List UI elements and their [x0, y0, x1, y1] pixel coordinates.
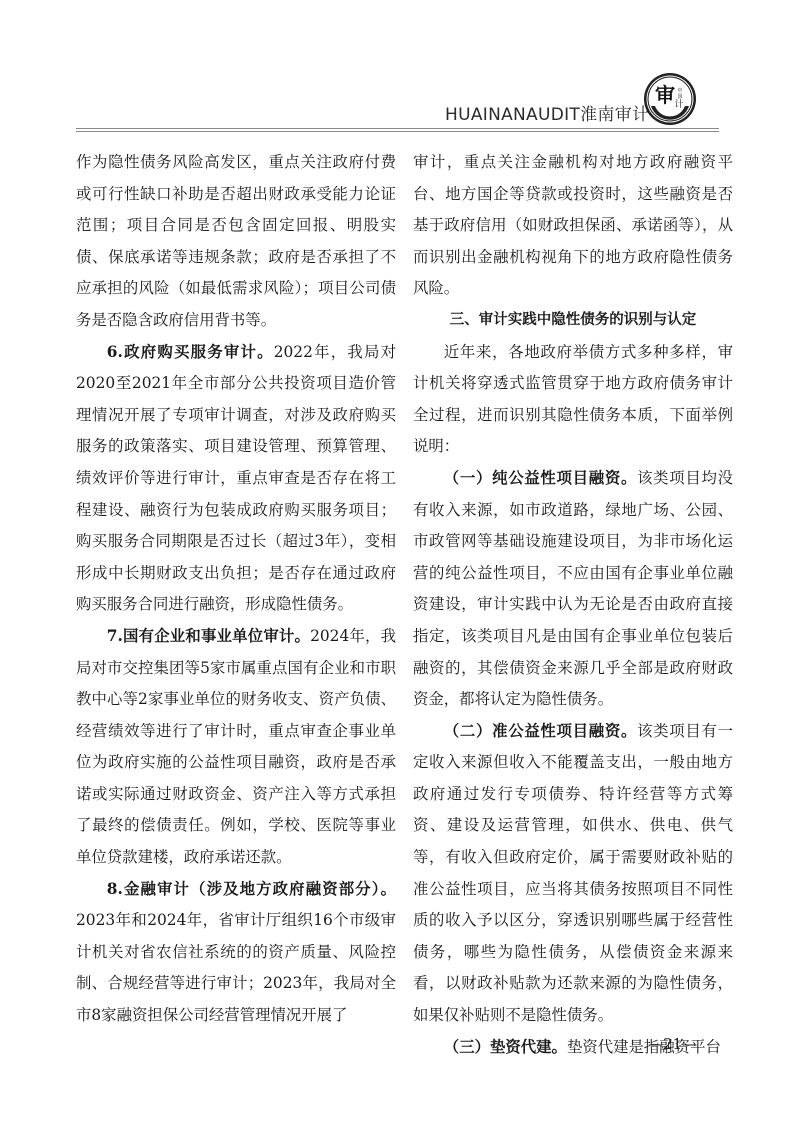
svg-text:审: 审 — [655, 83, 675, 107]
paragraph-heading: （三）垫资代建。 — [444, 1038, 567, 1056]
page-number: —21— — [648, 1035, 697, 1053]
svg-text:国: 国 — [677, 93, 682, 100]
paragraph-heading: 8.金融审计（涉及地方政府融资部分）。 — [107, 880, 396, 898]
paragraph-soe-audit: 7.国有企业和事业单位审计。2024年，我局对市交控集团等5家市属重点国有企业和… — [76, 621, 396, 874]
paragraph-pure-public-welfare: （一）纯公益性项目融资。该类项目均没有收入来源，如市政道路，绿地广场、公园、市政… — [413, 463, 733, 716]
left-column: 作为隐性债务风险高发区，重点关注政府付费或可行性缺口补助是否超出财政承受能力论证… — [76, 147, 396, 1032]
svg-text:计: 计 — [674, 98, 683, 110]
header-rule-divider — [76, 128, 719, 132]
journal-header-title: HUAINANAUDIT淮南审计 — [445, 100, 649, 125]
paragraph-government-purchase-audit: 6.政府购买服务审计。2022年，我局对2020至2021年全市部分公共投资项目… — [76, 337, 396, 621]
paragraph-heading: 6.政府购买服务审计。 — [107, 343, 274, 361]
paragraph-text: 该类项目均没有收入来源，如市政道路，绿地广场、公园、市政管网等基础设施建设项目，… — [413, 469, 733, 708]
paragraph-heading: 7.国有企业和事业单位审计。 — [107, 627, 310, 645]
paragraph-quasi-public-welfare: （二）准公益性项目融资。该类项目有一定收入来源但收入不能覆盖支出，一般由地方政府… — [413, 716, 733, 1032]
paragraph-text: 审计，重点关注金融机构对地方政府融资平台、地方国企等贷款或投资时，这些融资是否基… — [413, 153, 733, 297]
paragraph-text: 该类项目有一定收入来源但收入不能覆盖支出，一般由地方政府通过发行专项债券、特许经… — [413, 722, 733, 1024]
paragraph-text: 垫资代建是指融资平台 — [567, 1038, 721, 1056]
paragraph-pfi-risks: 作为隐性债务风险高发区，重点关注政府付费或可行性缺口补助是否超出财政承受能力论证… — [76, 147, 396, 337]
paragraph-financial-audit-cont: 审计，重点关注金融机构对地方政府融资平台、地方国企等贷款或投资时，这些融资是否基… — [413, 147, 733, 305]
paragraph-heading: （二）准公益性项目融资。 — [444, 722, 637, 740]
section-heading: 三、审计实践中隐性债务的识别与认定 — [413, 305, 733, 337]
paragraph-text: 近年来，各地政府举债方式多种多样，审计机关将穿透式监管贯穿于地方政府债务审计全过… — [413, 343, 733, 456]
paragraph-text: 2023年和2024年，省审计厅组织16个市级审计机关对省农信社系统的的资产质量… — [76, 911, 396, 1024]
paragraph-text: 2022年，我局对2020至2021年全市部分公共投资项目造价管理情况开展了专项… — [76, 343, 396, 614]
audit-seal-logo-icon: 审 中 国 计 — [643, 72, 697, 126]
paragraph-text: 作为隐性债务风险高发区，重点关注政府付费或可行性缺口补助是否超出财政承受能力论证… — [76, 153, 396, 329]
paragraph-financial-audit: 8.金融审计（涉及地方政府融资部分）。2023年和2024年，省审计厅组织16个… — [76, 874, 396, 1032]
right-column: 审计，重点关注金融机构对地方政府融资平台、地方国企等贷款或投资时，这些融资是否基… — [413, 147, 733, 1063]
paragraph-text: 2024年，我局对市交控集团等5家市属重点国有企业和市职教中心等2家事业单位的财… — [76, 627, 396, 866]
paragraph-intro: 近年来，各地政府举债方式多种多样，审计机关将穿透式监管贯穿于地方政府债务审计全过… — [413, 337, 733, 463]
paragraph-heading: （一）纯公益性项目融资。 — [444, 469, 637, 487]
svg-text:中: 中 — [677, 87, 682, 94]
